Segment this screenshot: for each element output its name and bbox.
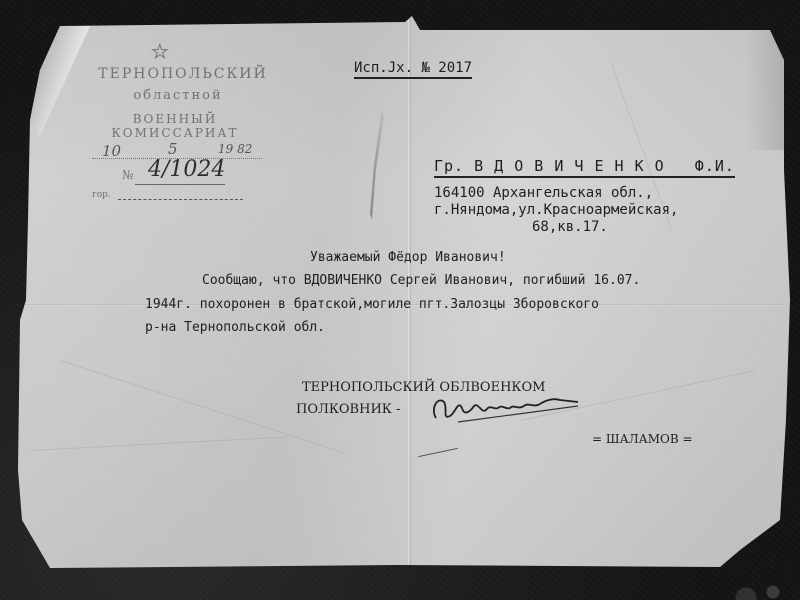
stamp-city-line <box>118 199 243 200</box>
recipient-address-line-3: 68,кв.17. <box>532 219 608 235</box>
body-line-1: Сообщаю, что ВДОВИЧЕНКО Сергей Иванович,… <box>202 273 640 288</box>
body-line-2: 1944г. похоронен в братской,могиле пгт.З… <box>145 297 599 312</box>
reference-number: Исп.Jх. № 2017 <box>354 60 472 79</box>
stamp-number-line <box>135 184 225 185</box>
crease <box>30 436 290 451</box>
stamp-line-2: областной <box>98 88 258 103</box>
handwritten-signature <box>428 388 588 428</box>
recipient-name: Гр. В Д О В И Ч Е Н К О Ф.И. <box>434 157 735 178</box>
stamp-line-3: ВОЕННЫЙ КОМИССАРИАТ <box>70 112 280 140</box>
vertical-fold-line <box>408 20 411 570</box>
stamp-city-label: гор. <box>92 190 111 200</box>
stamp-date-month: 5 <box>168 140 178 158</box>
body-line-3: р-на Тернопольской обл. <box>145 320 325 335</box>
stamp-number-prefix: № <box>122 168 133 182</box>
signatory-name: = ШАЛАМОВ = <box>592 432 693 446</box>
recipient-address-line-1: 164100 Архангельская обл., <box>434 185 653 201</box>
star-icon: ★ <box>152 38 176 62</box>
stamp-line-1: ТЕРНОПОЛЬСКИЙ <box>88 66 278 82</box>
recipient-address-line-2: г.Няндома,ул.Красноармейская, <box>434 202 678 218</box>
stamp-number: 4/1024 <box>148 157 225 182</box>
stamp-date-year: 19 82 <box>218 142 252 156</box>
salutation: Уважаемый Фёдор Иванович! <box>310 250 506 265</box>
background-pattern <box>710 560 800 600</box>
signature-rank: ПОЛКОВНИК - <box>296 402 400 417</box>
